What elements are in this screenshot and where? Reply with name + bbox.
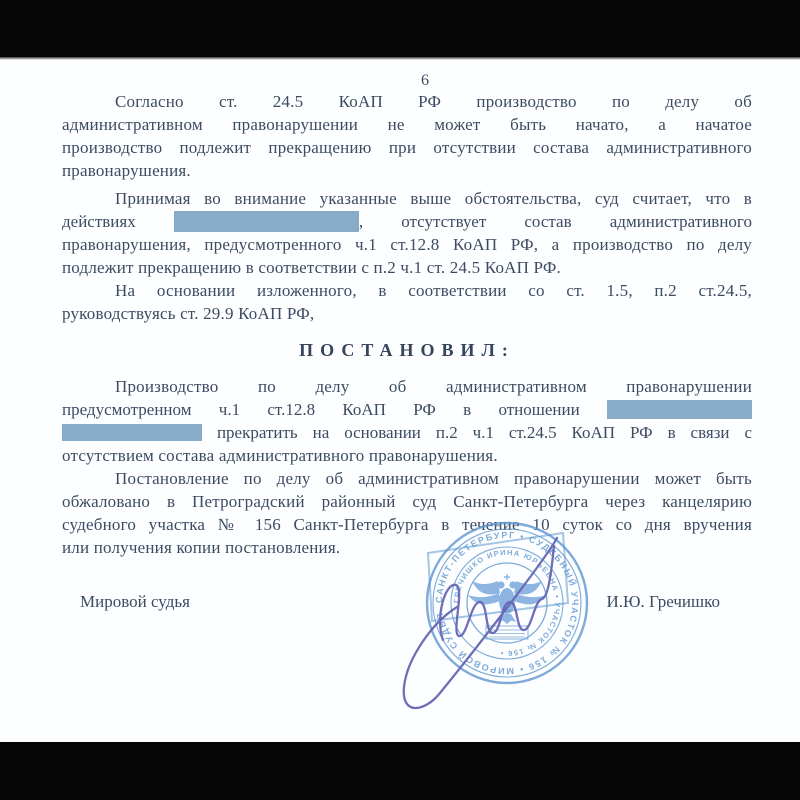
word: на [313, 421, 330, 444]
ruling-heading: ПОСТАНОВИЛ: [62, 340, 752, 361]
text-line: отсутствием состава административного пр… [62, 444, 752, 467]
text-line: правонарушения, предусмотренного ч.1 ст.… [62, 233, 752, 256]
text-line-with-redaction: предусмотренномч.1ст.12.8КоАПРФвотношени… [62, 398, 752, 421]
redaction-box [607, 400, 752, 419]
word: прекратить [217, 421, 298, 444]
paragraph-court-finding: Принимая во внимание указанные выше обст… [62, 187, 752, 279]
scanner-black-band-top [0, 0, 800, 57]
word: предусмотренном [62, 398, 191, 421]
word: в [463, 398, 471, 421]
word: ст.24.5 [509, 421, 557, 444]
word: РФ [630, 421, 653, 444]
scanned-court-ruling-page: 6 Согласно ст. 24.5 КоАП РФ производство… [0, 0, 800, 800]
word: КоАП [342, 398, 386, 421]
word: состав [524, 210, 571, 233]
scanner-black-band-bottom [0, 742, 800, 800]
page-number: 6 [62, 72, 752, 90]
text-line: или получения копии постановления. [62, 536, 752, 559]
text-line: судебного участка № 156 Санкт-Петербурга… [62, 513, 752, 536]
text-line: Принимая во внимание указанные выше обст… [62, 187, 752, 210]
word: п.2 [436, 421, 458, 444]
word: с [744, 421, 752, 444]
word: в [668, 421, 676, 444]
paragraph-decision: Производство по делу об административном… [62, 375, 752, 467]
paragraph-appeal-rights: Постановление по делу об административно… [62, 467, 752, 559]
redaction-box [174, 211, 359, 232]
text-line-with-redaction: действиях , отсутствуетсоставадминистрат… [62, 210, 752, 233]
word: отсутствует [401, 210, 486, 233]
word: связи [691, 421, 730, 444]
word: административного [610, 210, 752, 233]
text-line: правонарушения. [62, 159, 752, 182]
word: основании [344, 421, 421, 444]
judge-title-label: Мировой судья [80, 592, 190, 612]
text-line: Постановление по делу об административно… [62, 467, 752, 490]
document-body: 6 Согласно ст. 24.5 КоАП РФ производство… [62, 72, 752, 612]
text-line: производство подлежит прекращению при от… [62, 136, 752, 159]
seal-registration-box [486, 626, 528, 639]
text-line-with-redaction: прекратитьнаоснованиип.2ч.1ст.24.5КоАПРФ… [62, 421, 752, 444]
word: КоАП [572, 421, 616, 444]
paragraph-legal-basis: Согласно ст. 24.5 КоАП РФ производство п… [62, 90, 752, 182]
signature-row: Мировой судья И.Ю. Гречишко [62, 592, 752, 612]
word: отношении [498, 398, 579, 421]
text-line: Согласно ст. 24.5 КоАП РФ производство п… [62, 90, 752, 113]
redaction-box [62, 424, 202, 441]
punctuation: , [359, 210, 363, 233]
word: ч.1 [219, 398, 240, 421]
text-line: Производство по делу об административном… [62, 375, 752, 398]
paragraph-ruling-basis: На основании изложенного, в соответствии… [62, 279, 752, 325]
text-line: На основании изложенного, в соответствии… [62, 279, 752, 302]
word: РФ [413, 398, 436, 421]
judge-name: И.Ю. Гречишко [606, 592, 720, 612]
text-line: обжаловано в Петроградский районный суд … [62, 490, 752, 513]
text-line: подлежит прекращению в соответствии с п.… [62, 256, 752, 279]
word: действиях [62, 210, 136, 233]
redaction-group: , [174, 210, 363, 233]
word: ст.12.8 [267, 398, 315, 421]
text-line: руководствуясь ст. 29.9 КоАП РФ, [62, 302, 752, 325]
text-line: административном правонарушении не может… [62, 113, 752, 136]
word: ч.1 [473, 421, 494, 444]
